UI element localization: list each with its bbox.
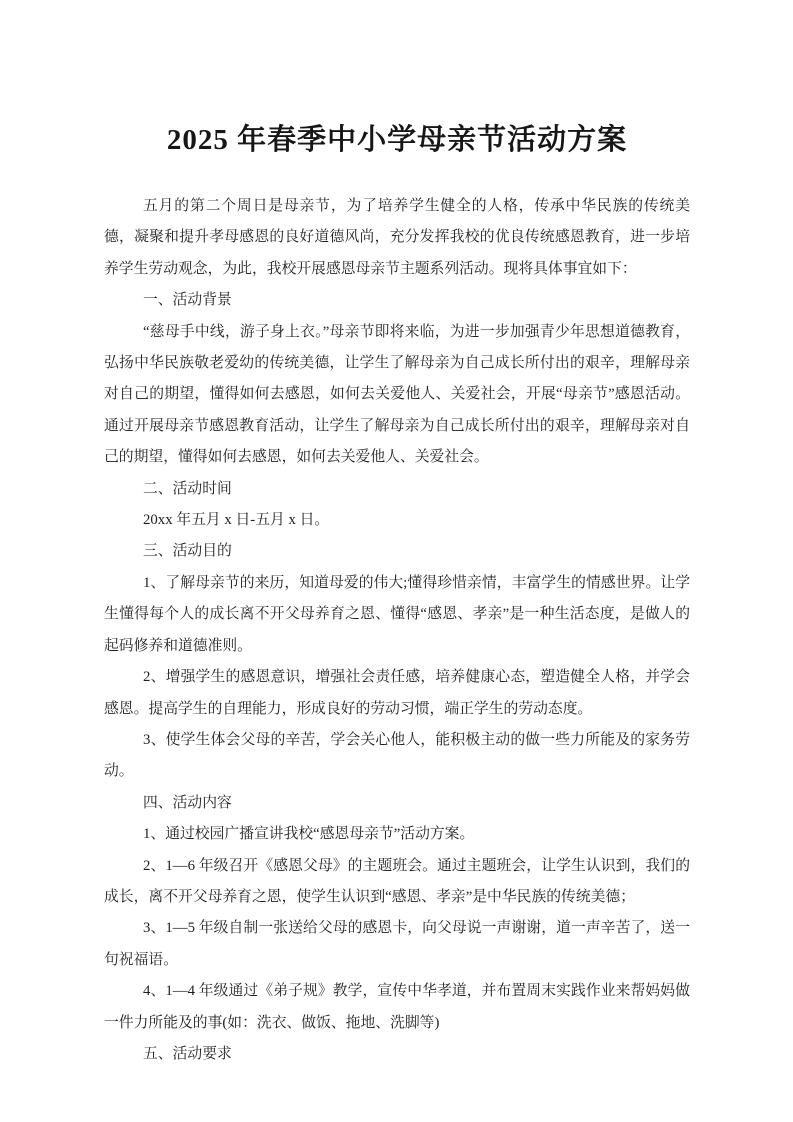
background-paragraph: “慈母手中线，游子身上衣。”母亲节即将来临，为进一步加强青少年思想道德教育，弘扬…: [104, 317, 690, 474]
content-item-3: 3、1—5 年级自制一张送给父母的感恩卡，向父母说一声谢谢，道一声辛苦了，送一句…: [104, 913, 690, 976]
section-heading-requirements: 五、活动要求: [104, 1039, 690, 1070]
content-item-4: 4、1—4 年级通过《弟子规》教学，宣传中华孝道，并布置周末实践作业来帮妈妈做一…: [104, 976, 690, 1039]
section-heading-background: 一、活动背景: [104, 285, 690, 316]
content-item-1: 1、通过校园广播宣讲我校“感恩母亲节”活动方案。: [104, 819, 690, 850]
document-page: 2025 年春季中小学母亲节活动方案 五月的第二个周日是母亲节，为了培养学生健全…: [0, 0, 793, 1122]
content-item-2: 2、1—6 年级召开《感恩父母》的主题班会。通过主题班会，让学生认识到，我们的成…: [104, 851, 690, 914]
section-heading-content: 四、活动内容: [104, 788, 690, 819]
purpose-item-3: 3、使学生体会父母的辛苦，学会关心他人，能积极主动的做一些力所能及的家务劳动。: [104, 725, 690, 788]
section-heading-time: 二、活动时间: [104, 474, 690, 505]
document-body: 五月的第二个周日是母亲节，为了培养学生健全的人格，传承中华民族的传统美德，凝聚和…: [104, 191, 690, 1070]
section-heading-purpose: 三、活动目的: [104, 536, 690, 567]
purpose-item-1: 1、了解母亲节的来历，知道母爱的伟大;懂得珍惜亲情，丰富学生的情感世界。让学生懂…: [104, 568, 690, 662]
purpose-item-2: 2、增强学生的感恩意识，增强社会责任感，培养健康心态，塑造健全人格，并学会感恩。…: [104, 662, 690, 725]
document-title: 2025 年春季中小学母亲节活动方案: [104, 0, 690, 158]
intro-paragraph: 五月的第二个周日是母亲节，为了培养学生健全的人格，传承中华民族的传统美德，凝聚和…: [104, 191, 690, 285]
time-paragraph: 20xx 年五月 x 日-五月 x 日。: [104, 505, 690, 536]
